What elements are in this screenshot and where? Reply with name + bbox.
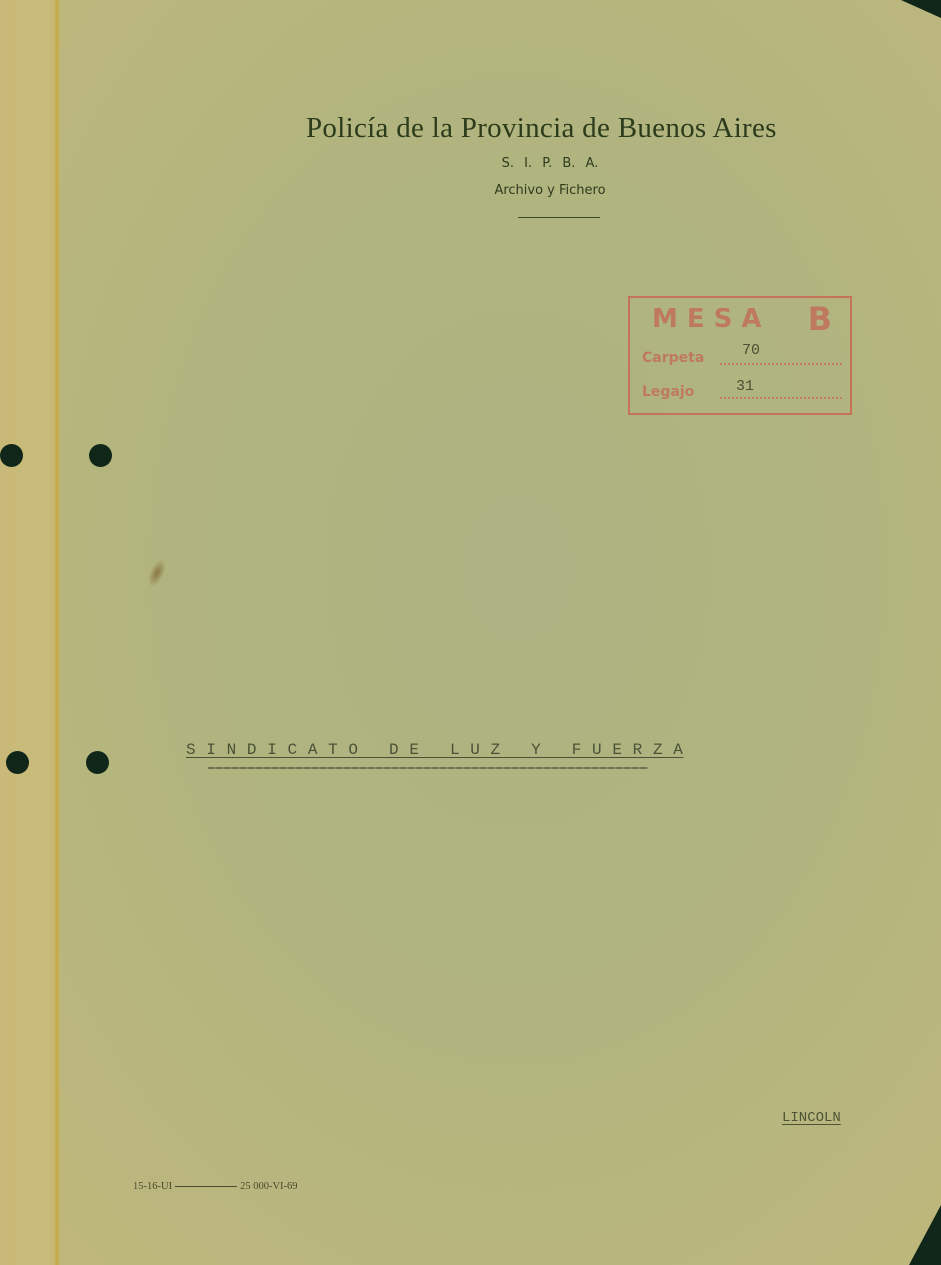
folder-spine xyxy=(0,0,60,1265)
subject-underline xyxy=(208,767,648,769)
form-footer: 15-16-UI25 000-VI-69 xyxy=(133,1181,298,1192)
header-divider xyxy=(518,217,600,218)
binding-hole xyxy=(0,444,23,467)
stamp-carpeta-row: Carpeta 70 xyxy=(642,350,842,368)
binding-hole xyxy=(89,444,112,467)
corner-shadow xyxy=(901,0,941,18)
department-name: Archivo y Fichero xyxy=(440,183,660,198)
binding-hole xyxy=(86,751,109,774)
fold-crease xyxy=(54,0,60,1265)
dotted-line xyxy=(720,397,842,399)
location-label: LINCOLN xyxy=(782,1110,841,1126)
corner-shadow xyxy=(909,1205,941,1265)
legajo-label: Legajo xyxy=(642,384,694,400)
agency-acronym: S. I. P. B. A. xyxy=(440,156,660,171)
binding-hole xyxy=(6,751,29,774)
stamp-mesa-letter: B xyxy=(808,300,832,338)
legajo-value: 31 xyxy=(736,378,754,395)
footer-dash xyxy=(175,1186,237,1187)
stamp-label: MESA xyxy=(652,304,770,334)
dotted-line xyxy=(720,363,842,365)
carpeta-label: Carpeta xyxy=(642,350,704,366)
form-code: 15-16-UI xyxy=(133,1181,172,1192)
subject-text: S I N D I C A T O D E L U Z Y F U E R Z … xyxy=(186,741,683,759)
carpeta-value: 70 xyxy=(742,342,760,359)
mesa-stamp: MESA B Carpeta 70 Legajo 31 xyxy=(628,296,852,415)
header-title: Policía de la Provincia de Buenos Aires xyxy=(306,112,818,145)
subject-title: S I N D I C A T O D E L U Z Y F U E R Z … xyxy=(186,741,683,759)
stamp-legajo-row: Legajo 31 xyxy=(642,384,842,402)
print-run: 25 000-VI-69 xyxy=(240,1181,297,1192)
